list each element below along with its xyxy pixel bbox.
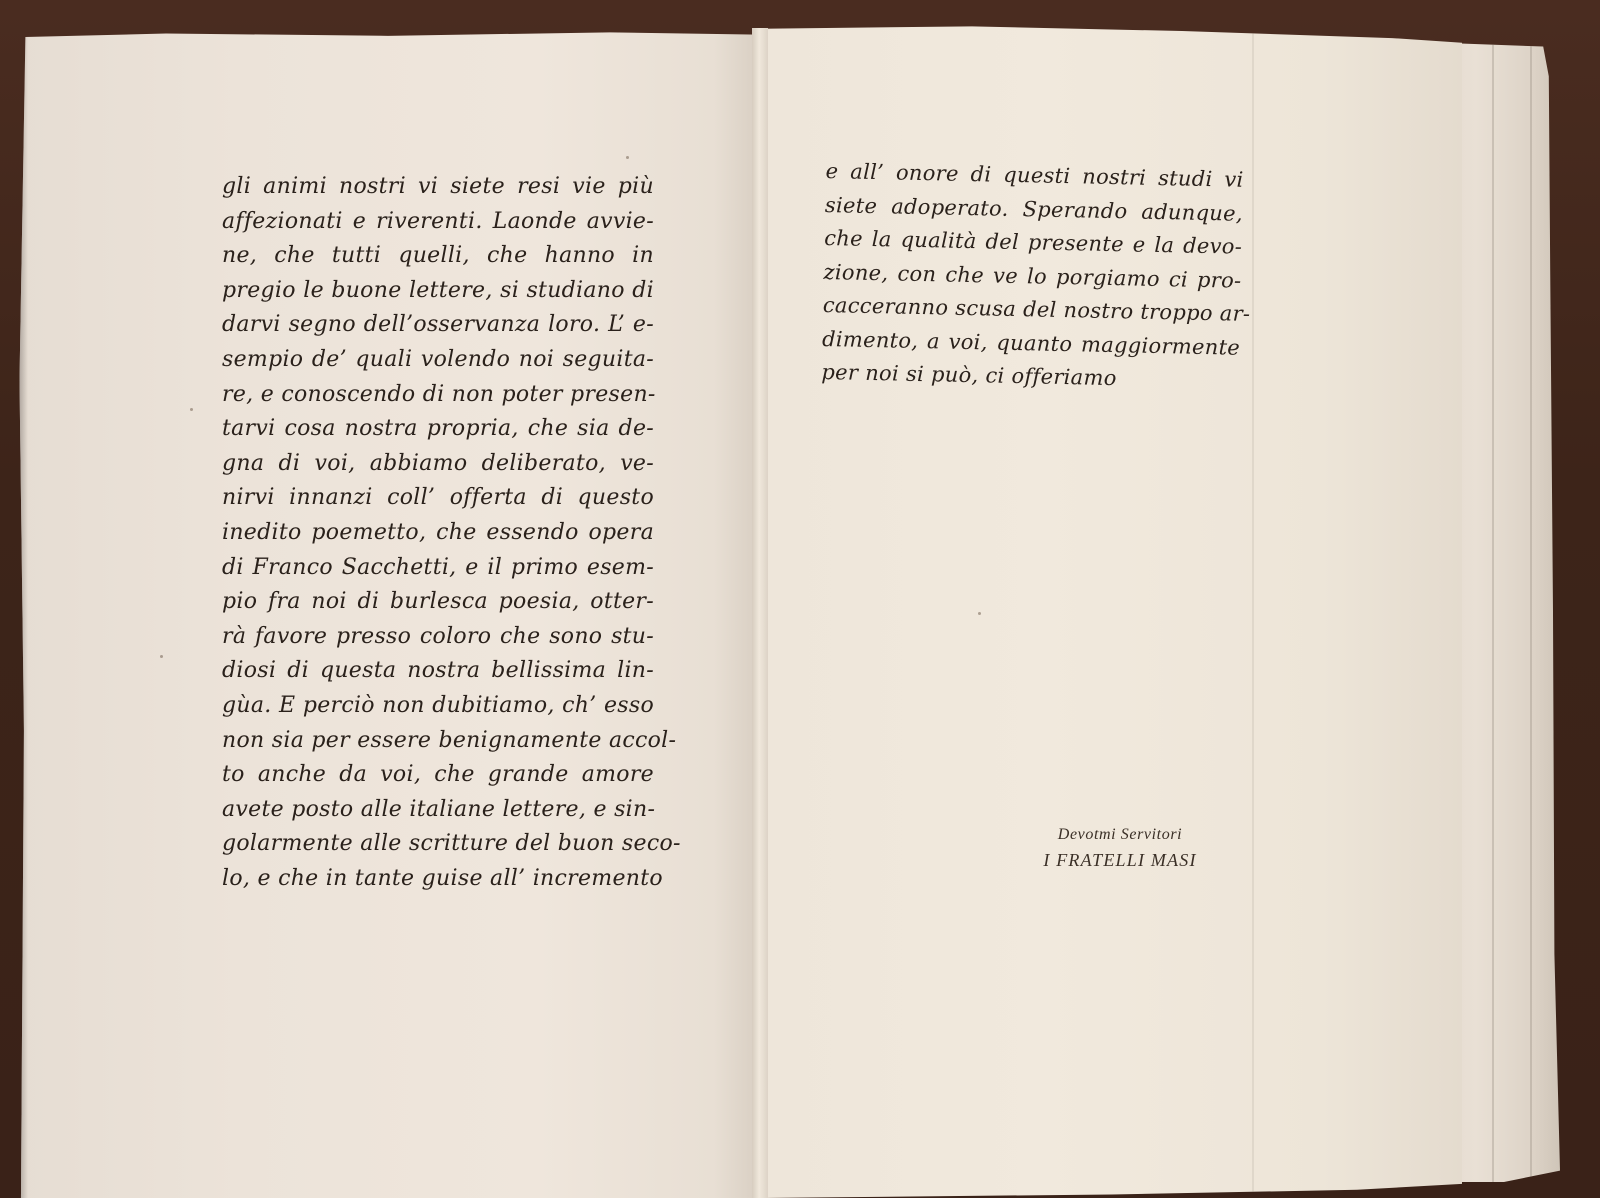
text-line: diosi di questa nostra bellissima lin-: [222, 654, 654, 689]
text-line: gùa. E perciò non dubitiamo, ch’ esso: [222, 689, 654, 724]
page-edge-ridge: [1530, 42, 1532, 1182]
signature-publishers: I FRATELLI MASI: [1020, 850, 1220, 871]
text-line: darvi segno dell’osservanza loro. L’ e-: [222, 308, 654, 343]
signature-closing: Devotmi Servitori: [1020, 826, 1220, 844]
text-line: rà favore presso coloro che sono stu-: [222, 620, 654, 655]
left-page-edge-shadow: [18, 30, 28, 1198]
text-line: to anche da voi, che grande amore: [222, 758, 654, 793]
text-line: non sia per essere benignamente accol-: [222, 724, 654, 759]
text-line: nirvi innanzi coll’ offerta di questo: [222, 481, 654, 516]
left-page-text: gli animi nostri vi siete resi vie più a…: [222, 170, 654, 896]
text-line: re, e conoscendo di non poter presen-: [222, 378, 654, 413]
text-line: golarmente alle scritture del buon seco-: [222, 827, 654, 862]
paper-speck: [978, 612, 981, 615]
book-gutter: [752, 28, 768, 1198]
text-line: di Franco Sacchetti, e il primo esem-: [222, 551, 654, 586]
text-line: lo, e che in tante guise all’ incremento: [222, 862, 654, 897]
text-line: ne, che tutti quelli, che hanno in: [222, 239, 654, 274]
text-line: inedito poemetto, che essendo opera: [222, 516, 654, 551]
text-line: pregio le buone lettere, si studiano di: [222, 274, 654, 309]
text-line: affezionati e riverenti. Laonde avvie-: [222, 205, 654, 240]
text-line: gli animi nostri vi siete resi vie più: [222, 170, 654, 205]
right-page-text: e all’ onore di questi nostri studi vi s…: [821, 155, 1244, 398]
signature-block: Devotmi Servitori I FRATELLI MASI: [1020, 826, 1220, 871]
paper-fold-line: [1252, 24, 1254, 1198]
text-line: gna di voi, abbiamo deliberato, ve-: [222, 447, 654, 482]
text-line: avete posto alle italiane lettere, e sin…: [222, 793, 654, 828]
paper-speck: [190, 408, 193, 411]
open-book: gli animi nostri vi siete resi vie più a…: [0, 0, 1600, 1198]
text-line: tarvi cosa nostra propria, che sia de-: [222, 412, 654, 447]
text-line: sempio de’ quali volendo noi seguita-: [222, 343, 654, 378]
paper-speck: [626, 156, 629, 159]
text-line: pio fra noi di burlesca poesia, otter-: [222, 585, 654, 620]
page-edge-ridge: [1492, 42, 1494, 1182]
paper-speck: [160, 655, 163, 658]
